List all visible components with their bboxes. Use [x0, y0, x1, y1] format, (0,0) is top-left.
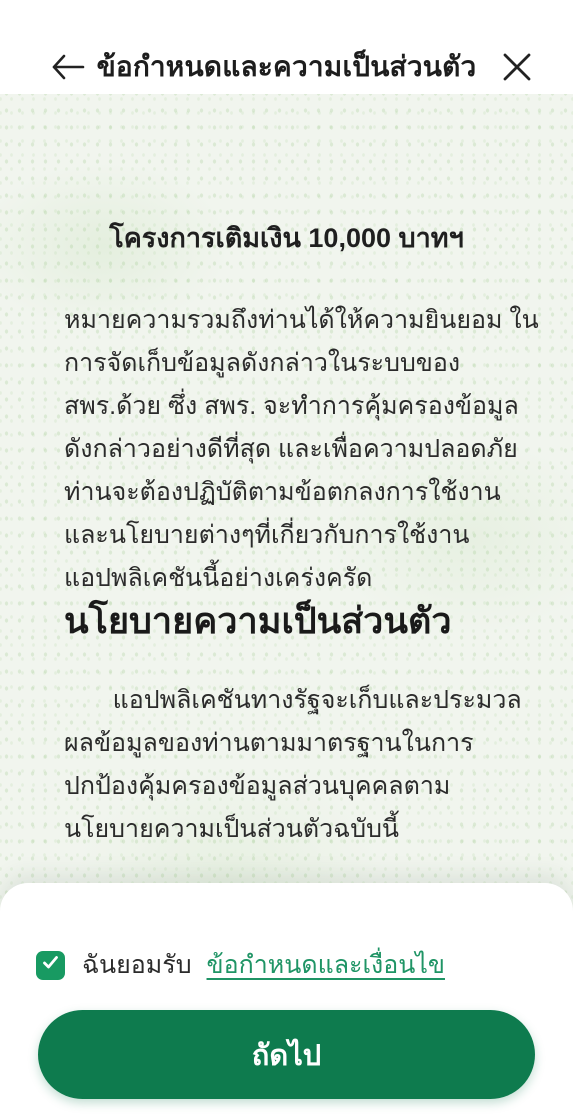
terms-conditions-link[interactable]: ข้อกำหนดและเงื่อนไข: [207, 951, 445, 979]
privacy-section-heading: นโยบายความเป็นส่วนตัว: [64, 592, 539, 649]
consent-label: ฉันยอมรับ ข้อกำหนดและเงื่อนไข: [82, 945, 445, 985]
program-subtitle: โครงการเติมเงิน 10,000 บาทฯ: [0, 216, 573, 259]
consent-checkbox[interactable]: [36, 951, 65, 980]
checkmark-icon: [41, 953, 60, 977]
header-title-row: ข้อกำหนดและความเป็นส่วนตัว: [0, 44, 573, 90]
close-icon: [502, 52, 532, 85]
terms-privacy-screen: ข้อกำหนดและความเป็นส่วนตัว โครงการเติมเง…: [0, 0, 573, 1120]
policy-paragraph-1: หมายความรวมถึงท่านได้ให้ความยินยอม ใน กา…: [64, 299, 539, 600]
page-title: ข้อกำหนดและความเป็นส่วนตัว: [97, 45, 477, 89]
close-button[interactable]: [497, 48, 537, 88]
consent-text: ฉันยอมรับ: [82, 951, 192, 979]
next-button[interactable]: ถัดไป: [38, 1010, 535, 1099]
consent-row: ฉันยอมรับ ข้อกำหนดและเงื่อนไข: [36, 945, 543, 985]
bottom-sheet: ฉันยอมรับ ข้อกำหนดและเงื่อนไข ถัดไป: [0, 883, 573, 1120]
policy-paragraph-2: แอปพลิเคชันทางรัฐจะเก็บและประมวล ผลข้อมู…: [64, 679, 539, 851]
header: ข้อกำหนดและความเป็นส่วนตัว: [0, 0, 573, 94]
